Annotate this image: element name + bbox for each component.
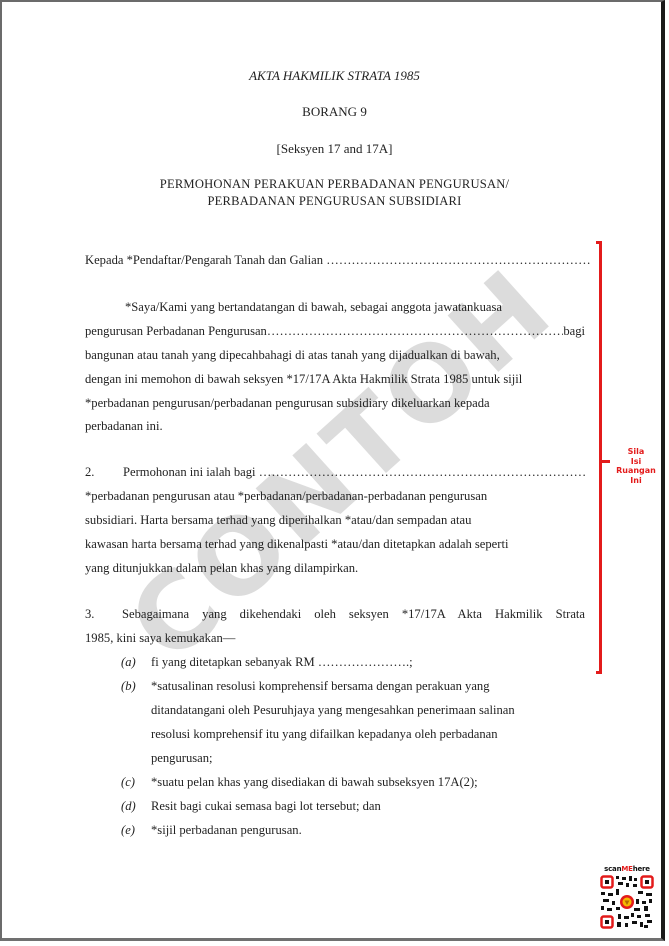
para1-line4: dengan ini memohon di bawah seksyen *17/… — [85, 372, 522, 387]
document-content: AKTA HAKMILIK STRATA 1985 BORANG 9 [Seks… — [0, 0, 669, 946]
form-number: BORANG 9 — [0, 104, 669, 120]
para1-line6: perbadanan ini. — [85, 419, 163, 434]
item-b-line3: resolusi komprehensif itu yang difailkan… — [151, 727, 498, 742]
para1-line1: *Saya/Kami yang bertandatangan di bawah,… — [125, 300, 502, 315]
act-title: AKTA HAKMILIK STRATA 1985 — [0, 68, 669, 84]
item-b-label: (b) — [121, 679, 136, 694]
item-a-fee-line[interactable]: fi yang ditetapkan sebanyak RM ………………….; — [151, 655, 413, 670]
para1-prefix: pengurusan Perbadanan Pengurusan — [85, 324, 267, 339]
para3-line2: 1985, kini saya kemukakan— — [85, 631, 235, 646]
application-for-blank-field[interactable]: …………………………………………………………………… — [259, 465, 586, 479]
item-b-line4: pengurusan; — [151, 751, 213, 766]
para2-line2: *perbadanan pengurusan atau *perbadanan/… — [85, 489, 487, 504]
para2-line3: subsidiari. Harta bersama terhad yang di… — [85, 513, 471, 528]
section-reference: [Seksyen 17 and 17A] — [0, 141, 669, 157]
para2-number: 2. — [85, 465, 94, 480]
management-corporation-blank-field[interactable]: ………………………………………………………………………… — [267, 324, 563, 339]
para1-line2: pengurusan Perbadanan Pengurusan …………………… — [85, 324, 585, 339]
item-d-label: (d) — [121, 799, 136, 814]
para2-line1-text: Permohonan ini ialah bagi — [123, 465, 256, 479]
form-heading-line1: PERMOHONAN PERAKUAN PERBADANAN PENGURUSA… — [0, 177, 669, 192]
item-e-line1: *sijil perbadanan pengurusan. — [151, 823, 302, 838]
item-c-line1: *suatu pelan khas yang disediakan di baw… — [151, 775, 478, 790]
item-e-label: (e) — [121, 823, 135, 838]
form-heading-line2: PERBADANAN PENGURUSAN SUBSIDIARI — [0, 194, 669, 209]
item-b-line1: *satusalinan resolusi komprehensif bersa… — [151, 679, 490, 694]
para1-line5: *perbadanan pengurusan/perbadanan pengur… — [85, 396, 490, 411]
item-c-label: (c) — [121, 775, 135, 790]
para3-line1: Sebagaimana yang dikehendaki oleh seksye… — [122, 607, 585, 622]
item-d-line1: Resit bagi cukai semasa bagi lot tersebu… — [151, 799, 381, 814]
para2-line4: kawasan harta bersama terhad yang dikena… — [85, 537, 508, 552]
addressee-line: Kepada *Pendaftar/Pengarah Tanah dan Gal… — [85, 253, 591, 268]
para2-line5: yang ditunjukkan dalam pelan khas yang d… — [85, 561, 358, 576]
item-a-label: (a) — [121, 655, 136, 670]
addressee-label: Kepada *Pendaftar/Pengarah Tanah dan Gal… — [85, 253, 323, 267]
para2-line1: Permohonan ini ialah bagi ……………………………………… — [123, 465, 586, 480]
para1-suffix: bagi — [563, 324, 585, 339]
para1-line3: bangunan atau tanah yang dipecahbahagi d… — [85, 348, 500, 363]
item-b-line2: ditandatangani oleh Pesuruhjaya yang men… — [151, 703, 515, 718]
addressee-blank-field[interactable]: ……………………………………………………… — [326, 253, 590, 267]
para3-number: 3. — [85, 607, 94, 622]
